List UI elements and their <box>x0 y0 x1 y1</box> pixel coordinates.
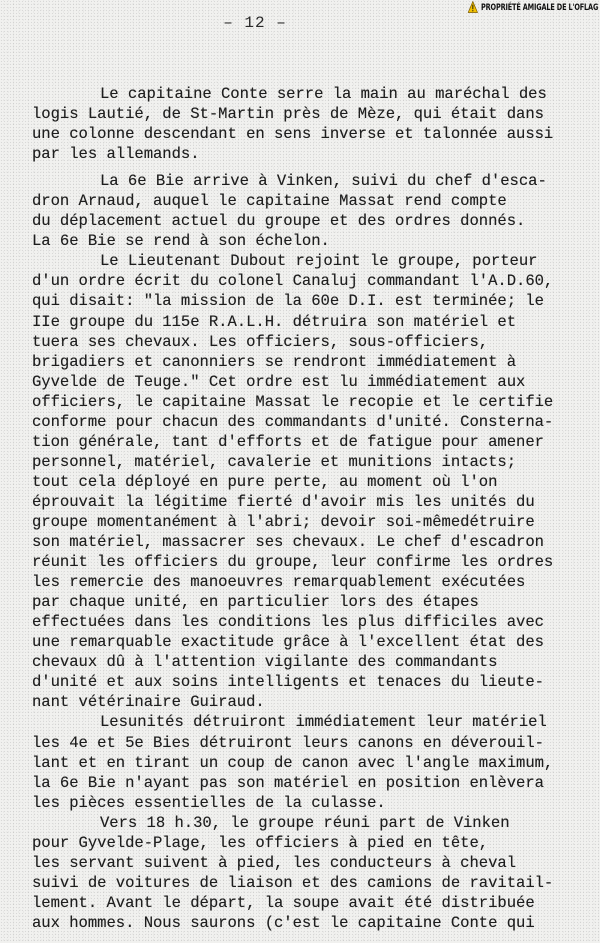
text-line: aux hommes. Nous saurons (c'est le capit… <box>32 913 592 933</box>
text-line: conforme pour chacun des commandants d'u… <box>32 412 592 432</box>
text-line: son matériel, massacrer ses chevaux. Le … <box>32 532 592 552</box>
text-line: d'un ordre écrit du colonel Canaluj comm… <box>32 271 592 291</box>
text-line: réunit les officiers du groupe, leur con… <box>32 552 592 572</box>
text-line: une colonne descendant en sens inverse e… <box>32 124 592 144</box>
text-line: Lesunités détruiront immédiatement leur … <box>32 712 592 732</box>
text-line: groupe momentanément à l'abri; devoir so… <box>32 512 592 532</box>
text-line: logis Lautié, de St-Martin près de Mèze,… <box>32 104 592 124</box>
text-line: tout cela déployé en pure perte, au mome… <box>32 472 592 492</box>
text-line: la 6e Bie n'ayant pas son matériel en po… <box>32 773 592 793</box>
text-line: La 6e Bie se rend à son échelon. <box>32 231 592 251</box>
text-line: les remercie des manoeuvres remarquablem… <box>32 572 592 592</box>
text-line: officiers, le capitaine Massat le recopi… <box>32 392 592 412</box>
text-line: les pièces essentielles de la culasse. <box>32 793 592 813</box>
text-line: pour Gyvelde-Plage, les officiers à pied… <box>32 833 592 853</box>
body-text: Le capitaine Conte serre la main au maré… <box>32 84 592 933</box>
text-line: brigadiers et canonniers se rendront imm… <box>32 352 592 372</box>
text-line: effectuées dans les conditions les plus … <box>32 612 592 632</box>
warning-triangle-icon <box>468 1 478 13</box>
text-line: du déplacement actuel du groupe et des o… <box>32 211 592 231</box>
text-line: les 4e et 5e Bies détruiront leurs canon… <box>32 733 592 753</box>
ownership-watermark: PROPRIÉTÉ AMIGALE DE L'OFLAG <box>468 0 598 14</box>
text-line: personnel, matériel, cavalerie et muniti… <box>32 452 592 472</box>
text-line: nant vétérinaire Guiraud. <box>32 692 592 712</box>
text-line: tuera ses chevaux. Les officiers, sous-o… <box>32 332 592 352</box>
text-line: IIe groupe du 115e R.A.L.H. détruira son… <box>32 312 592 332</box>
text-line: par les allemands. <box>32 144 592 164</box>
text-line: les servant suivent à pied, les conducte… <box>32 853 592 873</box>
text-line: tion générale, tant d'efforts et de fati… <box>32 432 592 452</box>
text-line: Le capitaine Conte serre la main au maré… <box>32 84 592 104</box>
text-line: une remarquable exactitude grâce à l'exc… <box>32 632 592 652</box>
page-number: – 12 – <box>0 14 510 32</box>
document-page: PROPRIÉTÉ AMIGALE DE L'OFLAG – 12 – Le c… <box>0 0 600 943</box>
text-line: d'unité et aux soins intelligents et ten… <box>32 672 592 692</box>
text-line: La 6e Bie arrive à Vinken, suivi du chef… <box>32 171 592 191</box>
text-line: Gyvelde de Teuge." Cet ordre est lu immé… <box>32 372 592 392</box>
text-line: dron Arnaud, auquel le capitaine Massat … <box>32 191 592 211</box>
text-line: Vers 18 h.30, le groupe réuni part de Vi… <box>32 813 592 833</box>
text-line: suivi de voitures de liaison et des cami… <box>32 873 592 893</box>
text-line: lant et en tirant un coup de canon avec … <box>32 753 592 773</box>
text-line: éprouvait la légitime fierté d'avoir mis… <box>32 492 592 512</box>
text-line: Le Lieutenant Dubout rejoint le groupe, … <box>32 251 592 271</box>
text-line: qui disait: "la mission de la 60e D.I. e… <box>32 291 592 311</box>
text-line: chevaux dû à l'attention vigilante des c… <box>32 652 592 672</box>
text-line: lement. Avant le départ, la soupe avait … <box>32 893 592 913</box>
text-line: par chaque unité, en particulier lors de… <box>32 592 592 612</box>
watermark-text: PROPRIÉTÉ AMIGALE DE L'OFLAG <box>481 2 598 12</box>
